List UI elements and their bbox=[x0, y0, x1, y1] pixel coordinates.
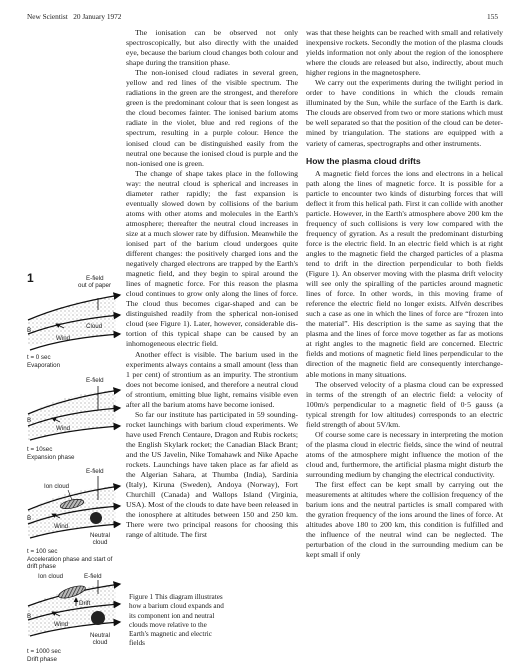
panel-time: t = 10sec bbox=[27, 446, 52, 453]
paragraph: The change of shape takes place in the f… bbox=[126, 169, 298, 350]
panel-phase: Expansion phase bbox=[27, 454, 74, 461]
efield-label: E-field bbox=[86, 377, 104, 384]
figure-caption: Figure 1 This diagram illustrates how a … bbox=[129, 593, 224, 649]
figure-panel-evaporation: E-field out of paper B Cloud Wind t = 0 … bbox=[20, 270, 122, 362]
neutral-cloud-label: Neutral cloud bbox=[82, 532, 118, 547]
cloud-label: Cloud bbox=[86, 323, 103, 330]
figure-panel-drift: Ion cloud E-field Drift B Wind Neutral c… bbox=[20, 570, 122, 642]
b-field-label: B bbox=[27, 417, 31, 424]
panel-time: t = 1000 sec bbox=[27, 648, 61, 655]
publication-date: New Scientist 20 January 1972 bbox=[27, 12, 121, 21]
drift-label: Drift bbox=[79, 600, 91, 607]
figure-1-diagram: 1 E-field out of paper B Cloud Wind t = … bbox=[20, 270, 122, 660]
paragraph: We carry out the experiments during the … bbox=[306, 78, 503, 148]
b-field-label: B bbox=[27, 613, 31, 620]
b-field-label: B bbox=[27, 327, 31, 334]
page-number: 155 bbox=[487, 12, 498, 21]
paragraph: So far our institute has participated in… bbox=[126, 410, 298, 541]
efield-label: E-field bbox=[86, 468, 104, 475]
wind-label: Wind bbox=[54, 621, 69, 628]
article-column-right: was that these heights can be reached wi… bbox=[306, 28, 503, 560]
paragraph: The observed velocity of a plasma cloud … bbox=[306, 380, 503, 430]
panel-time: t = 100 sec bbox=[27, 548, 57, 555]
wind-label: Wind bbox=[56, 425, 71, 432]
wind-label: Wind bbox=[54, 523, 69, 530]
panel-phase: Evaporation bbox=[27, 362, 60, 369]
wind-label: Wind bbox=[56, 335, 71, 342]
page-header: New Scientist 20 January 1972 155 bbox=[27, 12, 498, 24]
field-lines-diagram: E-field B Wind bbox=[20, 374, 122, 444]
ion-cloud-label: Ion cloud bbox=[38, 573, 64, 580]
paragraph: A magnetic field forces the ions and ele… bbox=[306, 169, 503, 380]
field-lines-diagram: E-field out of paper B Cloud Wind bbox=[20, 270, 122, 362]
article-column-middle: The ionisation can be observed not only … bbox=[126, 28, 298, 540]
panel-time: t = 0 sec bbox=[27, 354, 51, 361]
paragraph: was that these heights can be reached wi… bbox=[306, 28, 503, 78]
paragraph: The first effect can be kept small by ca… bbox=[306, 480, 503, 560]
panel-phase: Drift phase bbox=[27, 656, 57, 663]
b-field-label: B bbox=[27, 515, 31, 522]
neutral-cloud-label: Neutral cloud bbox=[82, 632, 118, 647]
paragraph: The non-ionised cloud radiates in severa… bbox=[126, 68, 298, 168]
paragraph: Another effect is visible. The barium us… bbox=[126, 350, 298, 410]
efield-label: E-field bbox=[84, 573, 102, 580]
figure-panel-acceleration: E-field Ion cloud B Wind Neutral cloud t… bbox=[20, 466, 122, 546]
paragraph: Of course some care is necessary in inte… bbox=[306, 430, 503, 480]
efield-sublabel: out of paper bbox=[78, 282, 111, 289]
figure-panel-expansion: E-field B Wind t = 10sec Expansion phase bbox=[20, 374, 122, 444]
efield-label: E-field bbox=[86, 275, 104, 282]
panel-phase: Acceleration phase and start of drift ph… bbox=[27, 556, 123, 571]
ion-cloud-label: Ion cloud bbox=[44, 483, 70, 490]
section-heading: How the plasma cloud drifts bbox=[306, 156, 503, 167]
paragraph: The ionisation can be observed not only … bbox=[126, 28, 298, 68]
